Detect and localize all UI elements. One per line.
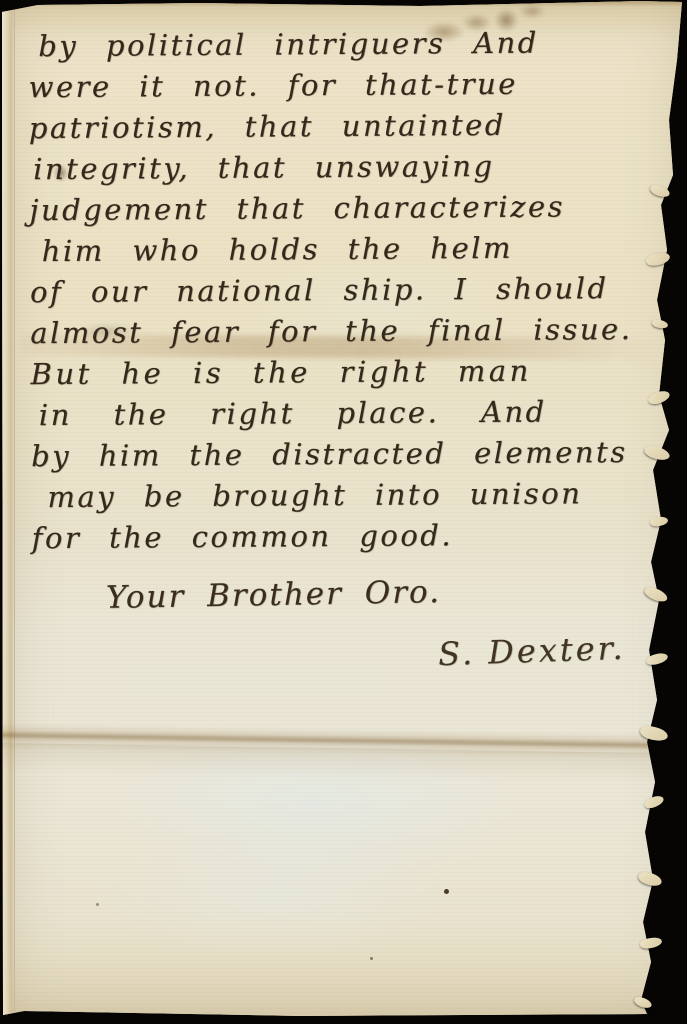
handwriting-line: may be brought into unison	[47, 473, 656, 518]
paper-top-edge	[0, 0, 687, 7]
handwriting-line: integrity, that unswaying	[33, 145, 654, 190]
handwriting-line: But he is the right man	[30, 350, 655, 395]
handwriting-line: patriotism, that untainted	[29, 104, 654, 149]
handwriting-line: by him the distracted elements	[31, 432, 656, 477]
scanned-letter-page: by political intriguers And were it not.…	[0, 0, 687, 1024]
paper-speck	[444, 889, 449, 894]
letter-closing: Your Brother Oro.	[106, 574, 442, 616]
handwriting-line: by political intriguers And	[38, 22, 653, 67]
letter-signature: S. Dexter.	[437, 629, 626, 674]
paper-sheet: by political intriguers And were it not.…	[0, 0, 687, 1018]
handwriting-line: judgement that characterizes	[29, 186, 654, 231]
paper-speck	[96, 903, 99, 906]
handwriting-line: almost fear for the final issue.	[30, 309, 655, 354]
handwriting-line: him who holds the helm	[42, 227, 655, 272]
paper-speck	[370, 957, 373, 960]
letter-body: by political intriguers And were it not.…	[28, 22, 657, 559]
handwriting-line: were it not. for that-true	[28, 63, 653, 108]
paper-left-edge	[0, 0, 15, 1018]
handwriting-line: for the common good.	[32, 514, 657, 559]
handwriting-line: of our national ship. I should	[30, 268, 655, 313]
handwriting-line: in the right place. And	[39, 391, 656, 436]
